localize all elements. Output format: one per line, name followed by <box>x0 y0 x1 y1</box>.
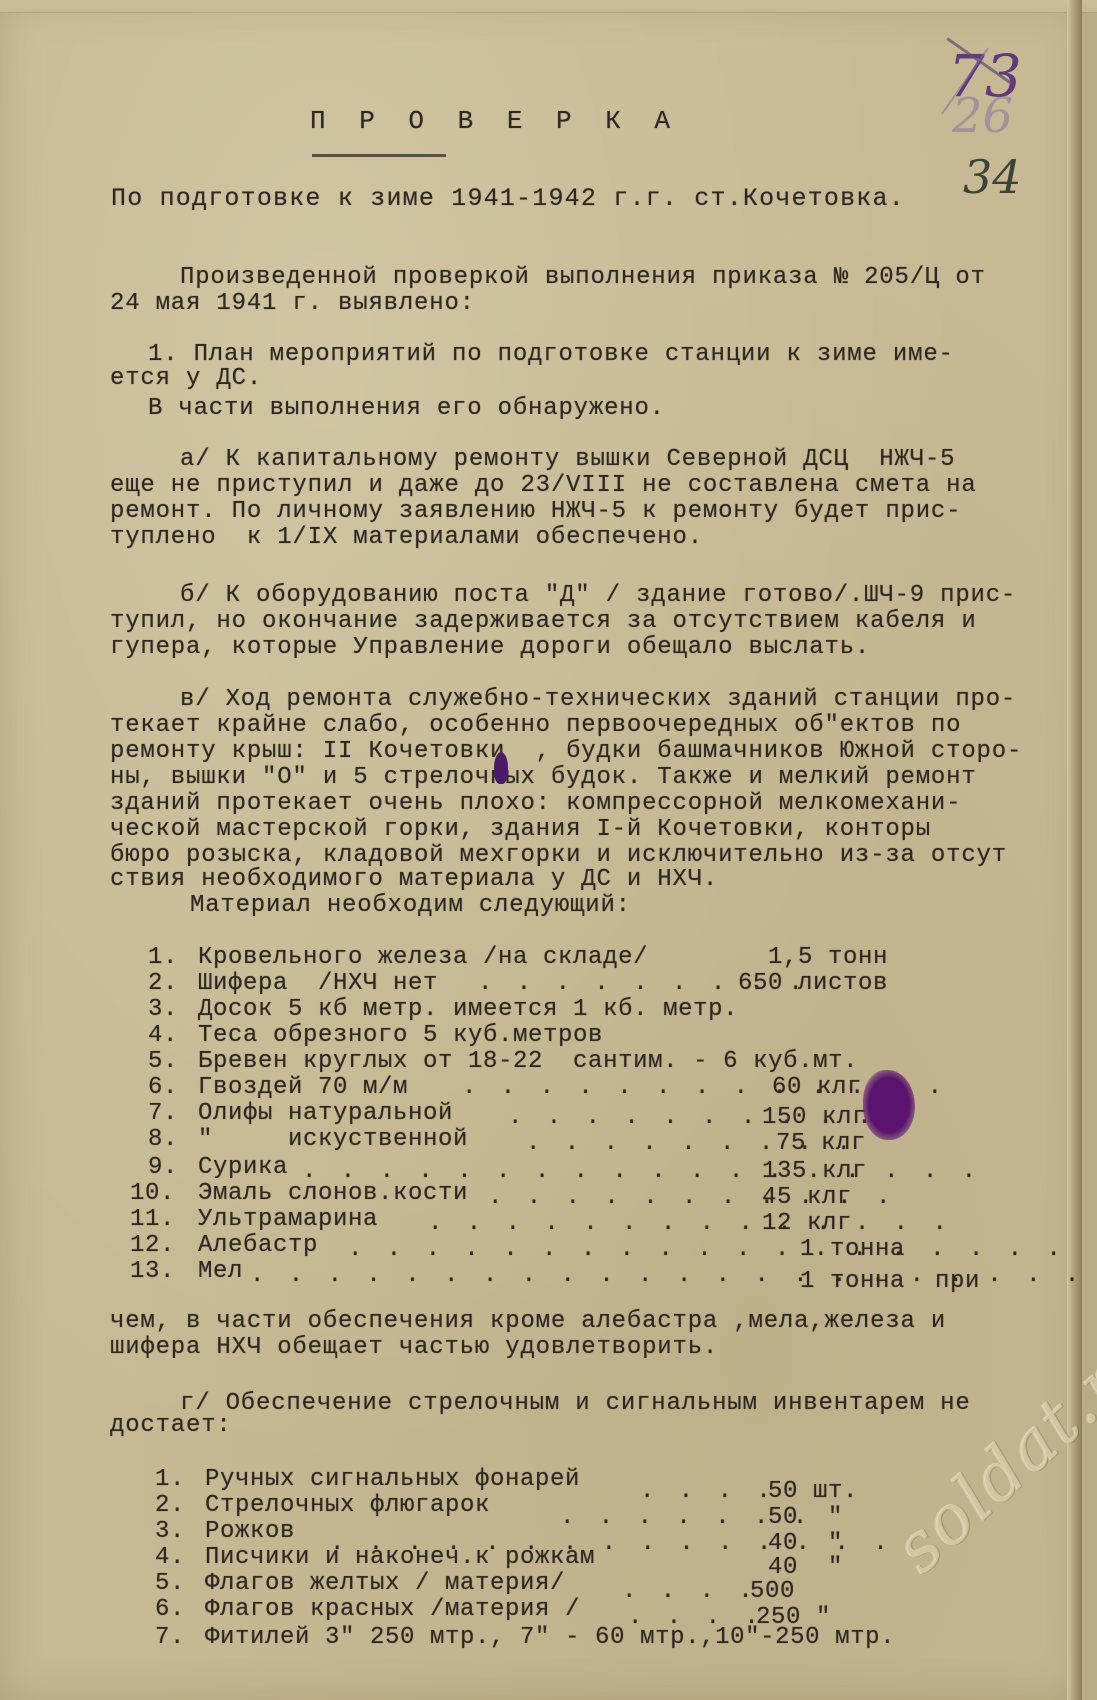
material-name: " искуственной <box>198 1128 468 1152</box>
para-v-line: бюро розыска, кладовой мехгорки и исключ… <box>110 844 1007 868</box>
para-g-line: г/ Обеспечение стрелочным и сигнальным и… <box>180 1392 971 1416</box>
folio-number: 34 <box>963 150 1022 204</box>
material-number: 10. <box>130 1182 175 1206</box>
material-name: Алебастр <box>198 1234 318 1258</box>
inventory-number: 1. <box>155 1468 185 1492</box>
material-qty: 75 клг <box>776 1132 866 1156</box>
leader-dots: . . . . <box>640 1480 776 1504</box>
inventory-name: Фитилей 3" 250 мтр., 7" - 60 мтр.,10"-25… <box>205 1626 895 1650</box>
para-v-line: ремонту крыш: II Кочетовки , будки башма… <box>110 740 1022 764</box>
watermark: soldat.ru <box>880 1313 1097 1589</box>
material-name: Эмаль слонов.кости <box>198 1182 468 1206</box>
para-a-line: еще не приступил и даже до 23/VIII не со… <box>110 474 977 498</box>
inventory-number: 3. <box>155 1520 185 1544</box>
section1-line: ется у ДС. <box>110 367 262 391</box>
material-name: Мел <box>198 1260 243 1284</box>
para-v-line: ческой мастерской горки, здания I-й Коче… <box>110 818 931 842</box>
para-a-line: ремонт. По личному заявлению НЖЧ-5 к рем… <box>110 500 961 524</box>
material-qty: 150 клг <box>762 1106 867 1130</box>
inventory-name: Флагов красных /материя / <box>205 1598 580 1622</box>
inventory-number: 4. <box>155 1546 185 1570</box>
inventory-number: 7. <box>155 1626 185 1650</box>
para-v-line: зданий протекает очень плохо: компрессор… <box>110 792 961 816</box>
intro-line: Произведенной проверкой выполнения прика… <box>180 266 986 290</box>
inventory-qty: 40 " <box>768 1532 843 1556</box>
inventory-number: 5. <box>155 1572 185 1596</box>
inventory-qty: 40 " <box>768 1556 843 1580</box>
material-number: 13. <box>130 1260 175 1284</box>
material-name: Кровельного железа /на складе/ <box>198 946 648 970</box>
material-name: Гвоздей 70 м/м <box>198 1076 408 1100</box>
material-number: 3. <box>148 998 178 1022</box>
material-name: Шифера /НХЧ нет <box>198 972 438 996</box>
para-g-line: достает: <box>110 1414 232 1438</box>
inventory-name: Рожков <box>205 1520 295 1544</box>
ink-blot <box>494 752 508 784</box>
para-b-line: тупил, но окончание задерживается за отс… <box>110 610 977 634</box>
inventory-name: Флагов желтых / материя/ <box>205 1572 565 1596</box>
document-subtitle: По подготовке к зиме 1941-1942 г.г. ст.К… <box>111 186 905 211</box>
leader-dots: . . . . . . . . . . . . . . <box>428 1212 952 1236</box>
leader-dots: . . . . . . . . . . . . . . . . . . . <box>348 1238 1066 1262</box>
para-a-line: а/ К капитальному ремонту вышки Северной… <box>180 448 955 472</box>
intro-line: 24 мая 1941 г. выявлено: <box>110 292 475 316</box>
material-number: 9. <box>148 1156 178 1180</box>
inventory-qty: 500 <box>750 1580 795 1604</box>
inventory-name: Стрелочных флюгарок <box>205 1494 490 1518</box>
materials-note-line: шифера НХЧ обещает частью удовлетворить. <box>110 1336 718 1360</box>
material-number: 12. <box>130 1234 175 1258</box>
para-b-line: гупера, которые Управление дороги обещал… <box>110 636 870 660</box>
material-name: Бревен круглых от 18-22 сантим. - 6 куб.… <box>198 1050 858 1074</box>
page-top-edge <box>0 0 1097 13</box>
material-name: Ультрамарина <box>198 1208 378 1232</box>
inventory-name: Ручных сигнальных фонарей <box>205 1468 580 1492</box>
material-number: 7. <box>148 1102 178 1126</box>
para-b-line: б/ К оборудованию поста "Д" / здание гот… <box>180 584 1016 608</box>
material-qty: 45 клг <box>762 1186 852 1210</box>
folio-crossed-out-under: 26 <box>952 88 1013 144</box>
inventory-qty: 50 " <box>768 1506 843 1530</box>
material-qty: 1,5 тонн <box>768 946 888 970</box>
inventory-qty: 50 шт. <box>768 1480 858 1504</box>
para-v-line: ны, вышки "О" и 5 стрелочных будок. Такж… <box>110 766 977 790</box>
material-name: Сурика <box>198 1156 288 1180</box>
para-v-line: ствия необходимого материала у ДС и НХЧ. <box>110 868 718 892</box>
material-number: 8. <box>148 1128 178 1152</box>
section1-line: В части выполнения его обнаружено. <box>148 397 665 421</box>
inventory-name: Писчики и наконеч.к рожкам <box>205 1546 595 1570</box>
material-qty: 1 тонна <box>800 1238 905 1262</box>
section1-line: 1. План мероприятий по подготовке станци… <box>148 343 954 367</box>
ink-blot <box>863 1070 915 1140</box>
material-qty: 135 клг <box>762 1160 867 1184</box>
para-v-line: текает крайне слабо, особенно первоочере… <box>110 714 961 738</box>
document-page: 73 26 34 П Р О В Е Р К А По подготовке к… <box>0 0 1082 1700</box>
materials-note-line: чем, в части обеспечения кроме алебастра… <box>110 1310 946 1334</box>
material-qty: 60 клг <box>772 1076 862 1100</box>
document-title: П Р О В Е Р К А <box>310 108 679 134</box>
material-qty: 1 тонна при <box>800 1270 980 1294</box>
material-name: Досок 5 кб метр. имеется 1 кб. метр. <box>198 998 738 1022</box>
materials-heading: Материал необходим следующий: <box>190 894 631 918</box>
material-qty: 12 клг <box>762 1212 852 1236</box>
material-name: Олифы натуральной <box>198 1102 453 1126</box>
inventory-number: 6. <box>155 1598 185 1622</box>
para-a-line: туплено к 1/IX материалами обеспечено. <box>110 526 703 550</box>
material-qty: 650 листов <box>738 972 888 996</box>
material-number: 2. <box>148 972 178 996</box>
material-number: 4. <box>148 1024 178 1048</box>
material-number: 6. <box>148 1076 178 1100</box>
title-underline <box>312 154 446 157</box>
inventory-number: 2. <box>155 1494 185 1518</box>
material-number: 11. <box>130 1208 175 1232</box>
leader-dots: . . . . <box>622 1580 758 1604</box>
material-number: 1. <box>148 946 178 970</box>
material-name: Теса обрезного 5 куб.метров <box>198 1024 603 1048</box>
material-number: 5. <box>148 1050 178 1074</box>
para-v-line: в/ Ход ремонта служебно-технических здан… <box>180 688 1016 712</box>
